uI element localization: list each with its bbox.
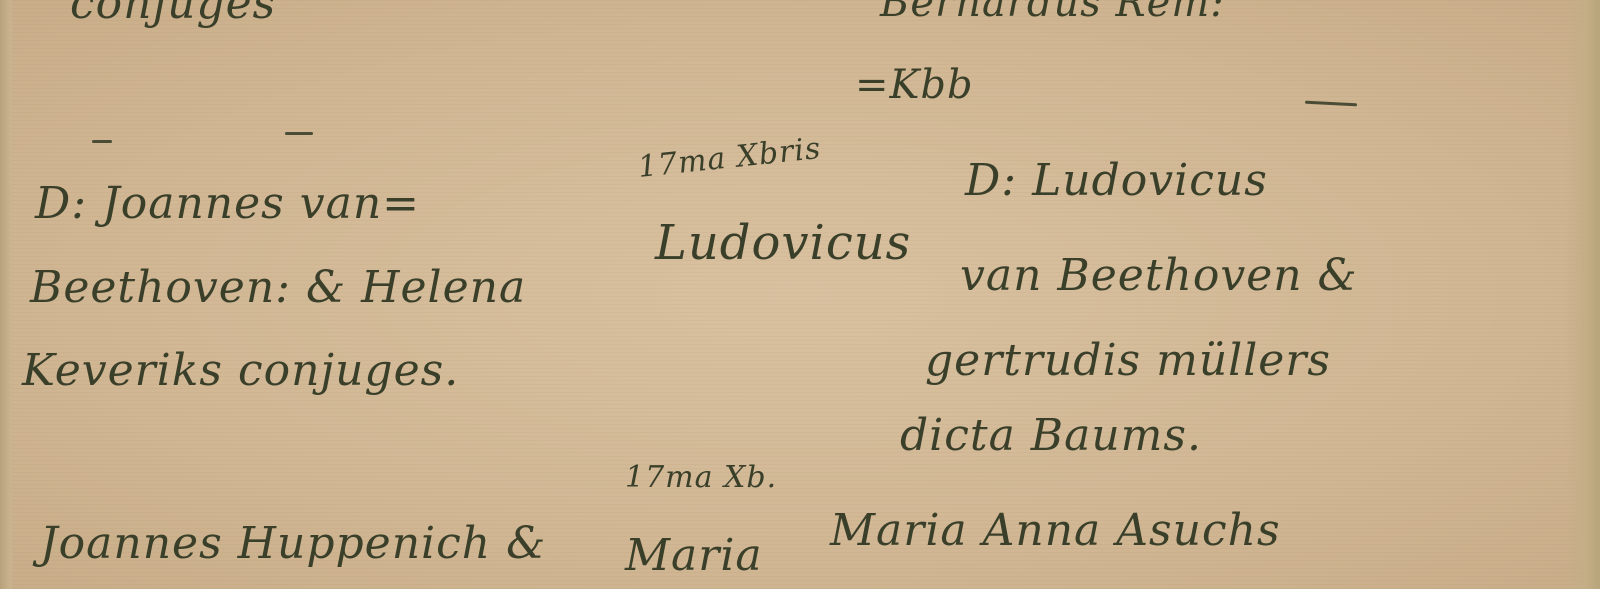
left-top-fragment: conjuges [70, 0, 276, 29]
right-top-abbrev: =Kbb [855, 62, 974, 108]
child-name-2: Maria [625, 530, 763, 581]
godparent-line-3: Keveriks conjuges. [22, 345, 459, 396]
child-name-1: Ludovicus [655, 215, 911, 271]
parent-line-4: dicta Baums. [900, 410, 1202, 461]
baptism-date-2: 17ma Xb. [625, 460, 777, 495]
abbrev-mark [285, 132, 313, 135]
parent-line-2: van Beethoven & [960, 250, 1358, 301]
right-bottom-fragment: Maria Anna Asuchs [830, 505, 1281, 556]
left-bottom-fragment: Joannes Huppenich & [40, 518, 546, 569]
parent-line-3: gertrudis müllers [925, 335, 1331, 386]
godparent-line-1: D: Joannes van= [35, 178, 420, 229]
frame-edge-right [1564, 0, 1600, 589]
parent-line-1: D: Ludovicus [965, 155, 1268, 206]
frame-edge-left [0, 0, 14, 589]
abbrev-mark [92, 140, 112, 143]
right-top-fragment: Bernardus Rem: [880, 0, 1225, 26]
godparent-line-2: Beethoven: & Helena [30, 262, 526, 313]
